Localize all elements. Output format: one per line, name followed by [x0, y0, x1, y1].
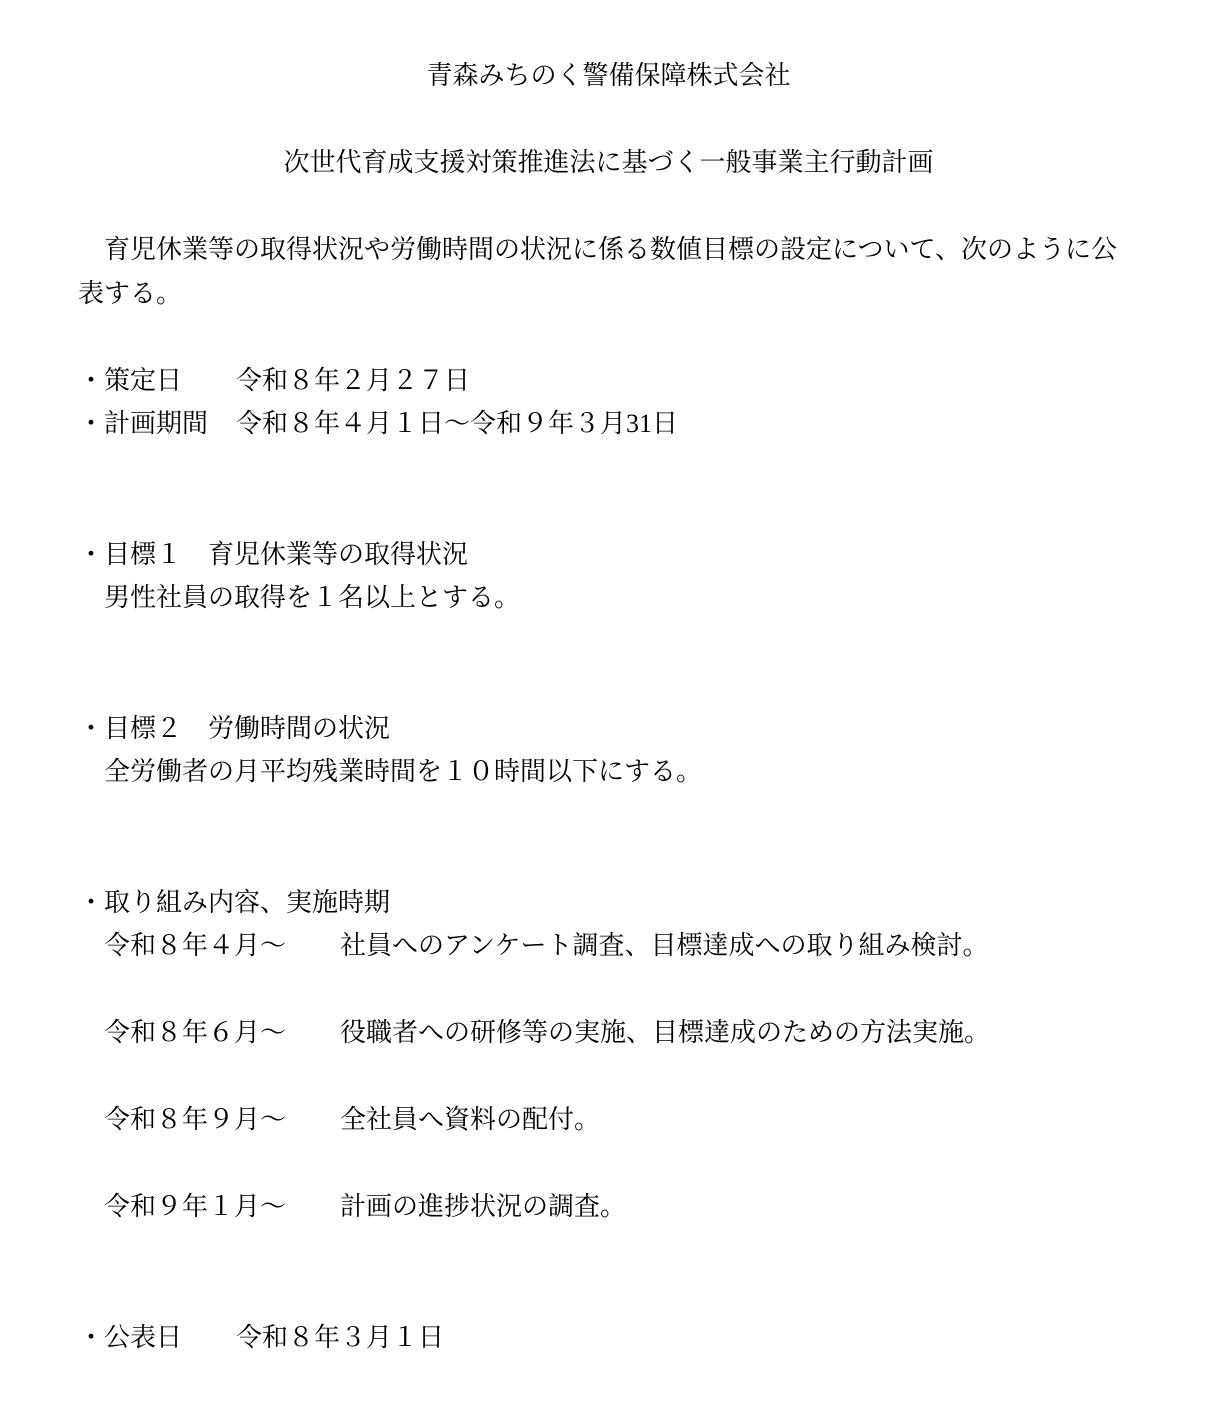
meta-label-formulation-date: 策定日 [104, 359, 236, 403]
intro-line-2: 表する。 [78, 279, 182, 308]
initiatives-heading-row: ・ 取り組み内容、実施時期 [78, 881, 1139, 925]
meta-label-plan-period: 計画期間 [104, 402, 236, 446]
goal-2-section: ・ 目標２ 労働時間の状況 全労働者の月平均残業時間を１０時間以下にする。 [78, 707, 1139, 794]
initiative-row-2: 令和８年６月～ 役職者への研修等の実施、目標達成のための方法実施。 [78, 1011, 1139, 1055]
bullet-icon: ・ [78, 359, 104, 403]
publication-value: 令和８年３月１日 [236, 1316, 444, 1360]
initiatives-heading: 取り組み内容、実施時期 [104, 881, 390, 925]
initiative-period-3: 令和８年９月～ [104, 1098, 340, 1142]
initiative-row-4: 令和９年１月～ 計画の進捗状況の調査。 [78, 1185, 1139, 1229]
bullet-icon: ・ [78, 1316, 104, 1360]
goal-2-heading: 目標２ 労働時間の状況 [104, 707, 390, 751]
initiative-period-1: 令和８年４月～ [104, 924, 340, 968]
intro-paragraph: 育児休業等の取得状況や労働時間の状況に係る数値目標の設定について、次のように公表… [78, 228, 1139, 315]
document-page: 青森みちのく警備保障株式会社 次世代育成支援対策推進法に基づく一般事業主行動計画… [0, 0, 1219, 1427]
meta-row-formulation-date: ・ 策定日 令和８年２月２７日 [78, 359, 1139, 403]
bullet-icon: ・ [78, 402, 104, 446]
intro-line-1: 育児休業等の取得状況や労働時間の状況に係る数値目標の設定について、次のように公 [78, 235, 1117, 264]
initiative-period-4: 令和９年１月～ [104, 1185, 340, 1229]
company-name: 青森みちのく警備保障株式会社 [78, 54, 1139, 98]
publication-label: 公表日 [104, 1316, 236, 1360]
bullet-icon: ・ [78, 533, 104, 577]
goal-2-body: 全労働者の月平均残業時間を１０時間以下にする。 [78, 750, 1139, 794]
initiative-description-1: 社員へのアンケート調査、目標達成への取り組み検討。 [340, 924, 1139, 968]
meta-value-plan-period: 令和８年４月１日～令和９年３月31日 [236, 402, 678, 446]
goal-1-heading-row: ・ 目標１ 育児休業等の取得状況 [78, 533, 1139, 577]
initiative-row-3: 令和８年９月～ 全社員へ資料の配付。 [78, 1098, 1139, 1142]
meta-section: ・ 策定日 令和８年２月２７日 ・ 計画期間 令和８年４月１日～令和９年３月31… [78, 359, 1139, 446]
initiatives-section: ・ 取り組み内容、実施時期 令和８年４月～ 社員へのアンケート調査、目標達成への… [78, 881, 1139, 1229]
initiative-period-2: 令和８年６月～ [104, 1011, 340, 1055]
initiative-description-2: 役職者への研修等の実施、目標達成のための方法実施。 [340, 1011, 1139, 1055]
goal-2-heading-row: ・ 目標２ 労働時間の状況 [78, 707, 1139, 751]
goal-1-heading: 目標１ 育児休業等の取得状況 [104, 533, 468, 577]
goal-1-section: ・ 目標１ 育児休業等の取得状況 男性社員の取得を１名以上とする。 [78, 533, 1139, 620]
bullet-icon: ・ [78, 881, 104, 925]
initiative-row-1: 令和８年４月～ 社員へのアンケート調査、目標達成への取り組み検討。 [78, 924, 1139, 968]
bullet-icon: ・ [78, 707, 104, 751]
meta-row-plan-period: ・ 計画期間 令和８年４月１日～令和９年３月31日 [78, 402, 1139, 446]
publication-row: ・ 公表日 令和８年３月１日 [78, 1316, 1139, 1360]
initiative-description-4: 計画の進捗状況の調査。 [340, 1185, 1139, 1229]
meta-value-formulation-date: 令和８年２月２７日 [236, 359, 470, 403]
initiative-description-3: 全社員へ資料の配付。 [340, 1098, 1139, 1142]
goal-1-body: 男性社員の取得を１名以上とする。 [78, 576, 1139, 620]
document-title: 次世代育成支援対策推進法に基づく一般事業主行動計画 [78, 141, 1139, 185]
